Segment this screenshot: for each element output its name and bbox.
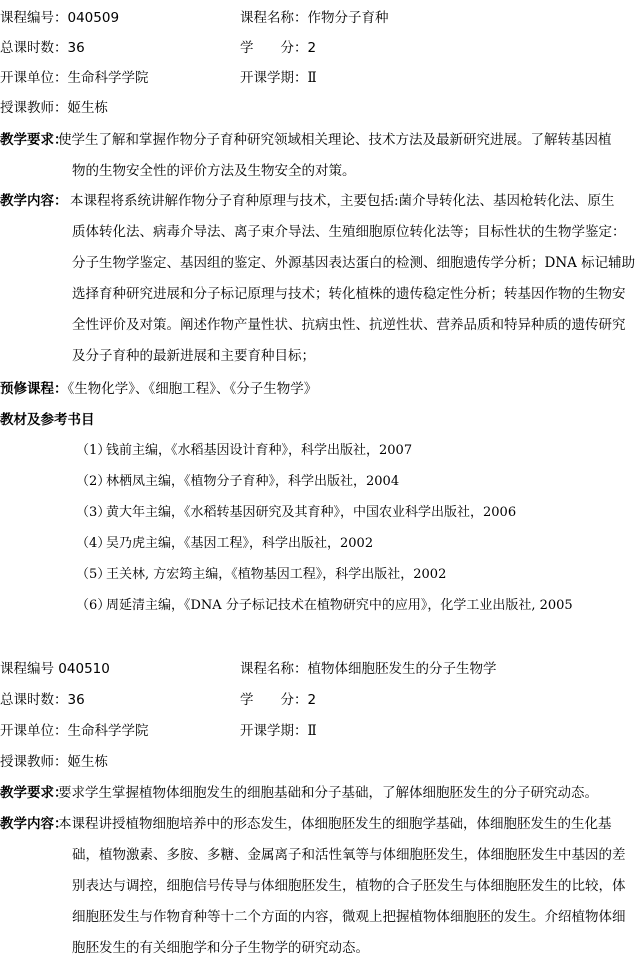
ref-number: （3） — [76, 503, 106, 523]
prereq-value: 《生物化学》、《细胞工程》、《分子生物学》 — [68, 381, 318, 397]
credit-label: 学 分： — [240, 40, 308, 56]
course-code: 040510 — [58, 661, 110, 677]
content-line: 胞胚发生的有关细胞学和分子生物学的研究动态。 — [72, 938, 369, 958]
course-name: 作物分子育种 — [308, 10, 389, 26]
hours-row: 总课时数：36 学 分：2 — [0, 690, 85, 710]
unit-value: 生命科学学院 — [68, 723, 149, 739]
content-line: 别表达与调控，细胞信号传导与体细胞胚发生，植物的合子胚发生与体细胞胚发生的比较，… — [72, 876, 626, 896]
content-line: 全性评价及对策。阐述作物产量性状、抗病虫性、抗逆性状、营养品质和特异种质的遗传研… — [72, 315, 626, 335]
term-field: 开课学期：Ⅱ — [240, 68, 317, 88]
prereq-row: 预修课程：《生物化学》、《细胞工程》、《分子生物学》 — [0, 379, 317, 399]
unit-label: 开课单位： — [0, 723, 68, 739]
content-line: 选择育种研究进展和分子标记原理与技术；转化植株的遗传稳定性分析；转基因作物的生物… — [72, 284, 626, 304]
ref-item: （5）王关林, 方宏筠主编，《植物基因工程》，科学出版社，2002 — [76, 565, 446, 585]
unit-label: 开课单位： — [0, 70, 68, 86]
ref-text: 黄大年主编，《水稻转基因研究及其育种》，中国农业科学出版社，2006 — [106, 505, 516, 520]
term-label: 开课学期： — [240, 70, 308, 86]
teacher-row: 授课教师：姬生栋 — [0, 98, 108, 118]
course-code-row: 课程编号：040509 课程名称：作物分子育种 — [0, 8, 119, 28]
teacher-label: 授课教师： — [0, 100, 68, 116]
unit-row: 开课单位：生命科学学院 开课学期：Ⅱ — [0, 721, 149, 741]
course-name: 植物体细胞胚发生的分子生物学 — [308, 661, 497, 677]
course-name-field: 课程名称：植物体细胞胚发生的分子生物学 — [240, 659, 497, 679]
prereq-label: 预修课程： — [0, 381, 68, 397]
requirement-line: 使学生了解和掌握作物分子育种研究领域相关理论、技术方法及最新研究进展。了解转基因… — [58, 130, 612, 150]
teacher-value: 姬生栋 — [68, 754, 109, 770]
refs-title: 教材及参考书目 — [0, 410, 95, 430]
ref-item: （1）钱前主编，《水稻基因设计育种》，科学出版社，2007 — [76, 441, 412, 461]
ref-text: 钱前主编，《水稻基因设计育种》，科学出版社，2007 — [106, 443, 412, 458]
ref-item: （2）林栖凤主编，《植物分子育种》，科学出版社，2004 — [76, 472, 399, 492]
ref-number: （4） — [76, 534, 106, 554]
course-code-label: 课程编号： — [0, 10, 68, 26]
ref-number: （2） — [76, 472, 106, 492]
term-value: Ⅱ — [308, 70, 317, 86]
ref-item: （6）周延清主编，《DNA 分子标记技术在植物研究中的应用》，化学工业出版社, … — [76, 596, 573, 616]
ref-number: （6） — [76, 596, 106, 616]
teacher-row: 授课教师：姬生栋 — [0, 752, 108, 772]
course-code-label: 课程编号 — [0, 661, 58, 677]
unit-value: 生命科学学院 — [68, 70, 149, 86]
teacher-value: 姬生栋 — [68, 100, 109, 116]
credit-field: 学 分：2 — [240, 38, 316, 58]
content-label: 教学内容： — [0, 191, 68, 211]
content-line: 本课程将系统讲解作物分子育种原理与技术，主要包括:菌介导转化法、基因枪转化法、原… — [70, 191, 615, 211]
teacher-label: 授课教师： — [0, 754, 68, 770]
ref-number: （1） — [76, 441, 106, 461]
term-value: Ⅱ — [308, 723, 317, 739]
course-code: 040509 — [68, 10, 120, 26]
ref-number: （5） — [76, 565, 106, 585]
credit-label: 学 分： — [240, 692, 308, 708]
content-line: 本课程讲授植物细胞培养中的形态发生，体细胞胚发生的细胞学基础，体细胞胚发生的生化… — [58, 814, 612, 834]
ref-text: 林栖凤主编，《植物分子育种》，科学出版社，2004 — [106, 474, 399, 489]
ref-item: （3）黄大年主编，《水稻转基因研究及其育种》，中国农业科学出版社，2006 — [76, 503, 516, 523]
credit-value: 2 — [308, 692, 317, 708]
hours-value: 36 — [68, 40, 85, 56]
term-label: 开课学期： — [240, 723, 308, 739]
ref-text: 王关林, 方宏筠主编，《植物基因工程》，科学出版社，2002 — [106, 567, 446, 582]
content-line: 细胞胚发生与作物育种等十二个方面的内容，微观上把握植物体细胞胚的发生。介绍植物体… — [72, 907, 626, 927]
content-line: 础，植物激素、多胺、多糖、金属离子和活性氧等与体细胞胚发生，体细胞胚发生中基因的… — [72, 845, 626, 865]
content-line: 分子生物学鉴定、基因组的鉴定、外源基因表达蛋白的检测、细胞遗传学分析；DNA 标… — [72, 253, 635, 273]
term-field: 开课学期：Ⅱ — [240, 721, 317, 741]
ref-item: （4）吴乃虎主编，《基因工程》，科学出版社，2002 — [76, 534, 373, 554]
requirement-line: 要求学生掌握植物体细胞发生的细胞基础和分子基础，了解体细胞胚发生的分子研究动态。 — [58, 783, 598, 803]
hours-label: 总课时数： — [0, 40, 68, 56]
ref-text: 吴乃虎主编，《基因工程》，科学出版社，2002 — [106, 536, 373, 551]
content-line: 及分子育种的最新进展和主要育种目标； — [72, 346, 315, 366]
credit-value: 2 — [308, 40, 317, 56]
course-code-row: 课程编号 040510 课程名称：植物体细胞胚发生的分子生物学 — [0, 659, 110, 679]
course-name-field: 课程名称：作物分子育种 — [240, 8, 389, 28]
course-name-label: 课程名称： — [240, 10, 308, 26]
hours-value: 36 — [68, 692, 85, 708]
content-line: 质体转化法、病毒介导法、离子束介导法、生殖细胞原位转化法等；目标性状的生物学鉴定… — [72, 222, 626, 242]
hours-row: 总课时数：36 学 分：2 — [0, 38, 85, 58]
course-name-label: 课程名称： — [240, 661, 308, 677]
credit-field: 学 分：2 — [240, 690, 316, 710]
ref-text: 周延清主编，《DNA 分子标记技术在植物研究中的应用》，化学工业出版社, 200… — [106, 598, 573, 613]
requirement-line: 物的生物安全性的评价方法及生物安全的对策。 — [72, 161, 356, 181]
hours-label: 总课时数： — [0, 692, 68, 708]
unit-row: 开课单位：生命科学学院 开课学期：Ⅱ — [0, 68, 149, 88]
